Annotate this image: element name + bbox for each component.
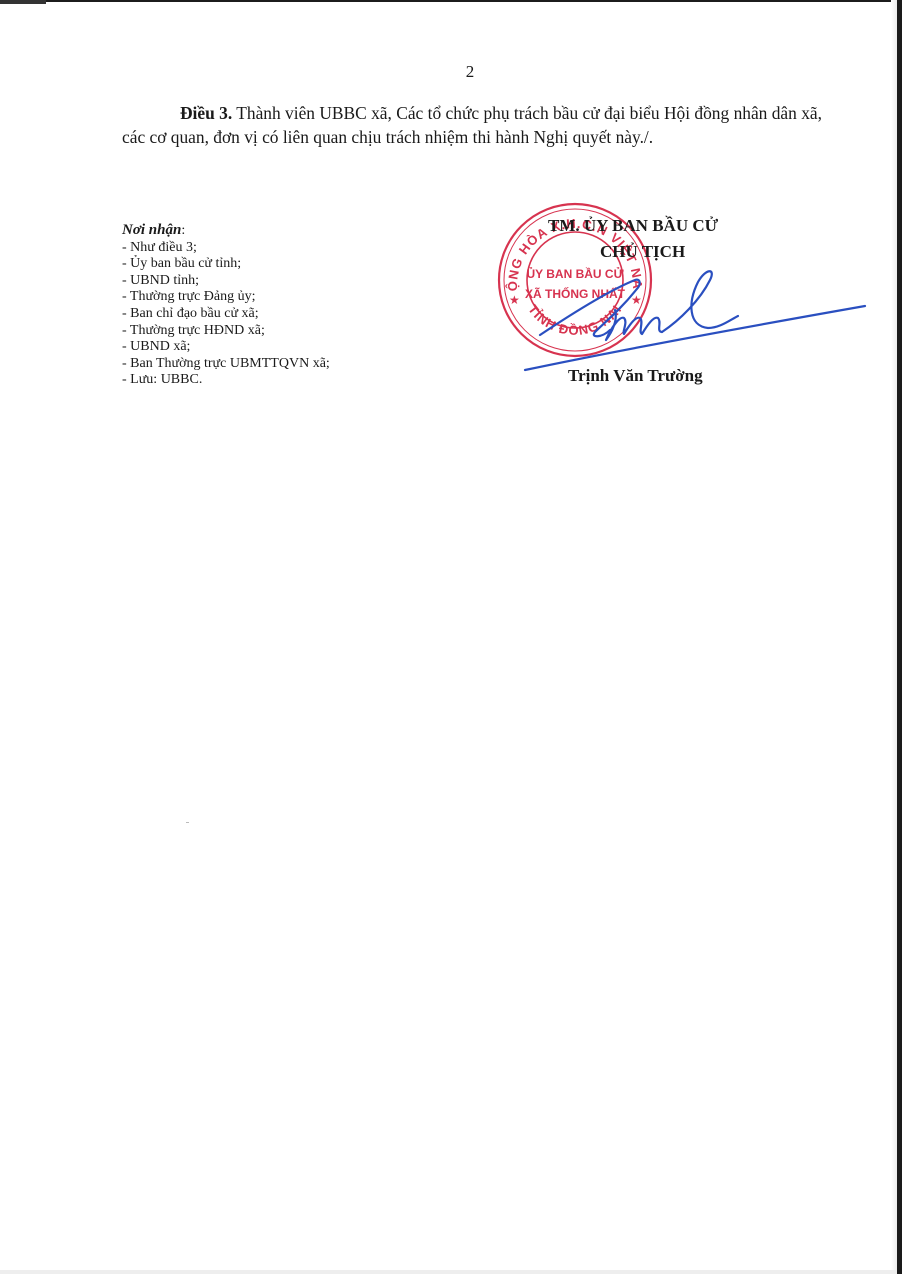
page-right-edge: [897, 0, 902, 1274]
signature-title-line1: TM. ỦY BAN BẦU CỬ: [548, 216, 718, 236]
recipients-list: - Như điều 3;- Ủy ban bầu cử tỉnh;- UBND…: [122, 240, 330, 389]
page-number: 2: [0, 62, 902, 82]
recipients-block: Nơi nhận: - Như điều 3;- Ủy ban bầu cử t…: [122, 222, 330, 389]
article-3: Điều 3. Thành viên UBBC xã, Các tổ chức …: [122, 101, 822, 149]
recipient-item: - Thường trực HĐND xã;: [122, 323, 330, 340]
recipient-item: - UBND tỉnh;: [122, 273, 330, 290]
signature-title-line2: CHỦ TỊCH: [600, 242, 685, 262]
recipient-item: - Như điều 3;: [122, 240, 330, 257]
recipient-item: - Ban chỉ đạo bầu cử xã;: [122, 306, 330, 323]
recipient-item: - Thường trực Đảng ủy;: [122, 289, 330, 306]
page-top-edge: [0, 0, 902, 2]
recipient-item: - Lưu: UBBC.: [122, 372, 330, 389]
recipients-heading: Nơi nhận:: [122, 222, 330, 240]
handwritten-signature: [520, 260, 870, 380]
recipient-item: - UBND xã;: [122, 339, 330, 356]
page-top-left-edge: [0, 0, 46, 4]
svg-text:★: ★: [509, 293, 520, 307]
scan-speck: [186, 822, 189, 823]
signer-name: Trịnh Văn Trường: [568, 366, 703, 386]
page-bottom-edge: [0, 1270, 897, 1274]
recipient-item: - Ban Thường trực UBMTTQVN xã;: [122, 356, 330, 373]
article-label: Điều 3.: [180, 103, 232, 123]
recipient-item: - Ủy ban bầu cử tỉnh;: [122, 256, 330, 273]
recipients-title: Nơi nhận: [122, 222, 181, 238]
